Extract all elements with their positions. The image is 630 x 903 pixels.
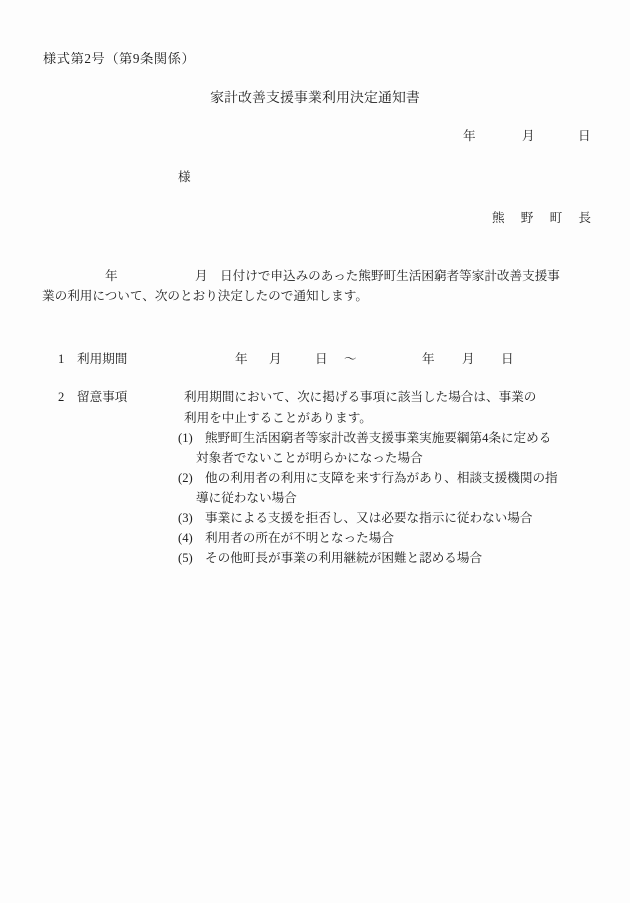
subitem-2-line-2: 導に従わない場合	[196, 488, 297, 508]
subitem-1-line-2: 対象者でないことが明らかになった場合	[196, 448, 423, 468]
subitem-1-marker: (1)	[178, 428, 193, 448]
subitem-2-text: 他の利用者の利用に支障を来す行為があり、相談支援機関の指	[205, 468, 558, 488]
period-tilde: ～	[344, 349, 357, 369]
subitem-3-marker: (3)	[178, 508, 193, 528]
document-title: 家計改善支援事業利用決定通知書	[0, 86, 630, 107]
subitem-5-text: その他町長が事業の利用継続が困難と認める場合	[205, 548, 482, 568]
period-from-year-label: 年	[235, 349, 248, 369]
subitem-4-marker: (4)	[178, 528, 193, 548]
form-number: 様式第2号（第9条関係）	[43, 48, 195, 67]
document-page: 様式第2号（第9条関係） 家計改善支援事業利用決定通知書 年 月 日 様 熊 野…	[0, 0, 630, 903]
issue-date-month-label: 月	[522, 126, 535, 146]
section2-intro-line-1: 利用期間において、次に掲げる事項に該当した場合は、事業の	[184, 387, 536, 407]
period-to-year-label: 年	[422, 349, 435, 369]
subitem-5-marker: (5)	[178, 548, 193, 568]
section2-intro-line-2: 利用を中止することがあります。	[184, 408, 372, 428]
subitem-3-text: 事業による支援を拒否し、又は必要な指示に従わない場合	[205, 508, 532, 528]
section1-label: 利用期間	[77, 349, 127, 369]
subitem-2-marker: (2)	[178, 468, 193, 488]
addressee-honorific: 様	[178, 166, 191, 185]
period-to-day-label: 日	[501, 349, 514, 369]
section1-number: 1	[58, 349, 64, 369]
section2-number: 2	[58, 387, 64, 407]
subitem-4-text: 利用者の所在が不明となった場合	[205, 528, 394, 548]
body-line-2: 業の利用について、次のとおり決定したので通知します。	[42, 286, 368, 306]
period-from-month-label: 月	[269, 349, 282, 369]
body-year-label: 年	[105, 266, 118, 286]
subitem-1-text: 熊野町生活困窮者等家計改善支援事業実施要綱第4条に定める	[205, 428, 551, 448]
issue-date-day-label: 日	[578, 126, 591, 146]
sender-title: 熊 野 町 長	[492, 207, 593, 226]
body-month-label: 月	[195, 266, 208, 286]
issue-date-year-label: 年	[463, 126, 476, 146]
period-to-month-label: 月	[462, 349, 475, 369]
section2-label: 留意事項	[77, 387, 127, 407]
period-from-day-label: 日	[315, 349, 328, 369]
body-line-1-text: 日付けで申込みのあった熊野町生活困窮者等家計改善支援事	[220, 266, 560, 286]
